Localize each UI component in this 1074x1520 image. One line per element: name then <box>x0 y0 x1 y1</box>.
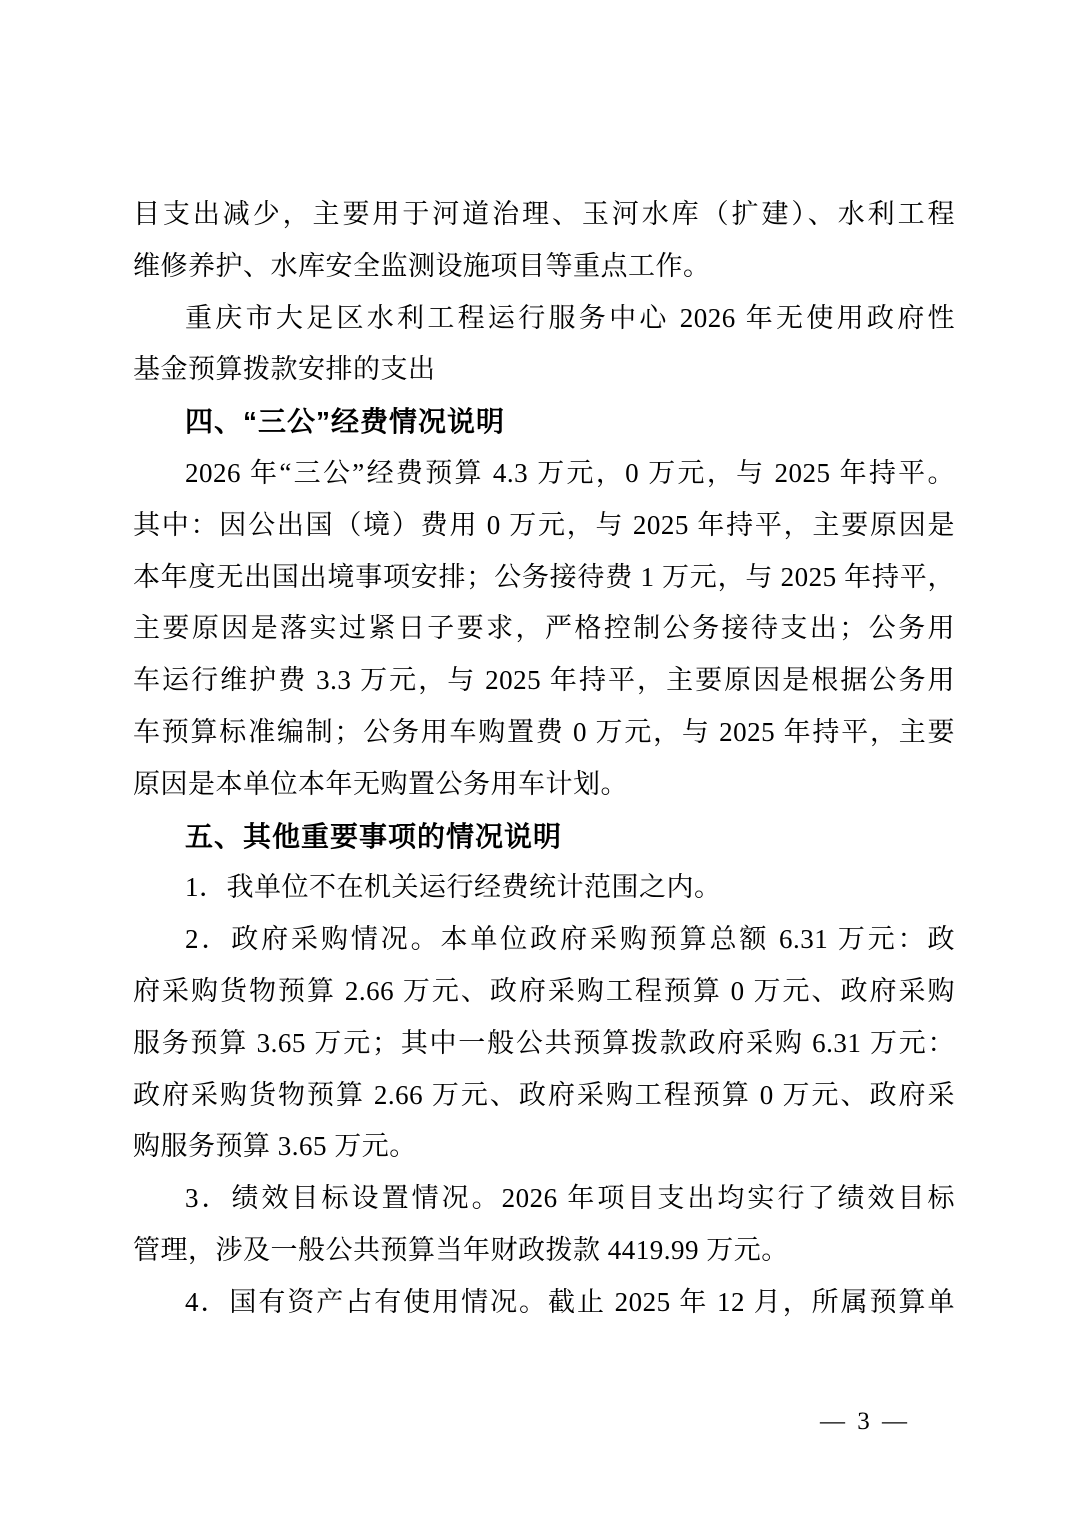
body-line-11: 车预算标准编制；公务用车购置费 0 万元，与 2025 年持平，主要 <box>133 707 955 759</box>
body-line-18: 政府采购货物预算 2.66 万元、政府采购工程预算 0 万元、政府采 <box>133 1070 955 1122</box>
page-number: — 3 — <box>820 1408 910 1436</box>
document-page: 目支出减少，主要用于河道治理、玉河水库（扩建）、水利工程 维修养护、水库安全监测… <box>0 0 1074 1520</box>
body-line-9: 主要原因是落实过紧日子要求，严格控制公务接待支出；公务用 <box>133 603 955 655</box>
body-line-17: 服务预算 3.65 万元；其中一般公共预算拨款政府采购 6.31 万元： <box>133 1018 955 1070</box>
body-line-10: 车运行维护费 3.3 万元，与 2025 年持平，主要原因是根据公务用 <box>133 655 955 707</box>
body-line-3: 重庆市大足区水利工程运行服务中心 2026 年无使用政府性 <box>133 293 955 345</box>
body-line-1: 目支出减少，主要用于河道治理、玉河水库（扩建）、水利工程 <box>133 189 955 241</box>
body-line-12: 原因是本单位本年无购置公务用车计划。 <box>133 759 955 811</box>
body-line-15: 2．政府采购情况。本单位政府采购预算总额 6.31 万元：政 <box>133 914 955 966</box>
body-line-14: 1．我单位不在机关运行经费统计范围之内。 <box>133 862 955 914</box>
document-body: 目支出减少，主要用于河道治理、玉河水库（扩建）、水利工程 维修养护、水库安全监测… <box>133 189 955 1329</box>
heading-section-four: 四、“三公”经费情况说明 <box>133 396 955 448</box>
body-line-4: 基金预算拨款安排的支出 <box>133 344 955 396</box>
heading-section-five: 五、其他重要事项的情况说明 <box>133 811 955 863</box>
body-line-16: 府采购货物预算 2.66 万元、政府采购工程预算 0 万元、政府采购 <box>133 966 955 1018</box>
body-line-6: 2026 年“三公”经费预算 4.3 万元，0 万元，与 2025 年持平。 <box>133 448 955 500</box>
body-line-22: 4．国有资产占有使用情况。截止 2025 年 12 月，所属预算单 <box>133 1277 955 1329</box>
body-line-19: 购服务预算 3.65 万元。 <box>133 1121 955 1173</box>
body-line-7: 其中：因公出国（境）费用 0 万元，与 2025 年持平，主要原因是 <box>133 500 955 552</box>
body-line-21: 管理，涉及一般公共预算当年财政拨款 4419.99 万元。 <box>133 1225 955 1277</box>
body-line-20: 3．绩效目标设置情况。2026 年项目支出均实行了绩效目标 <box>133 1173 955 1225</box>
body-line-8: 本年度无出国出境事项安排；公务接待费 1 万元，与 2025 年持平， <box>133 552 955 604</box>
body-line-2: 维修养护、水库安全监测设施项目等重点工作。 <box>133 241 955 293</box>
